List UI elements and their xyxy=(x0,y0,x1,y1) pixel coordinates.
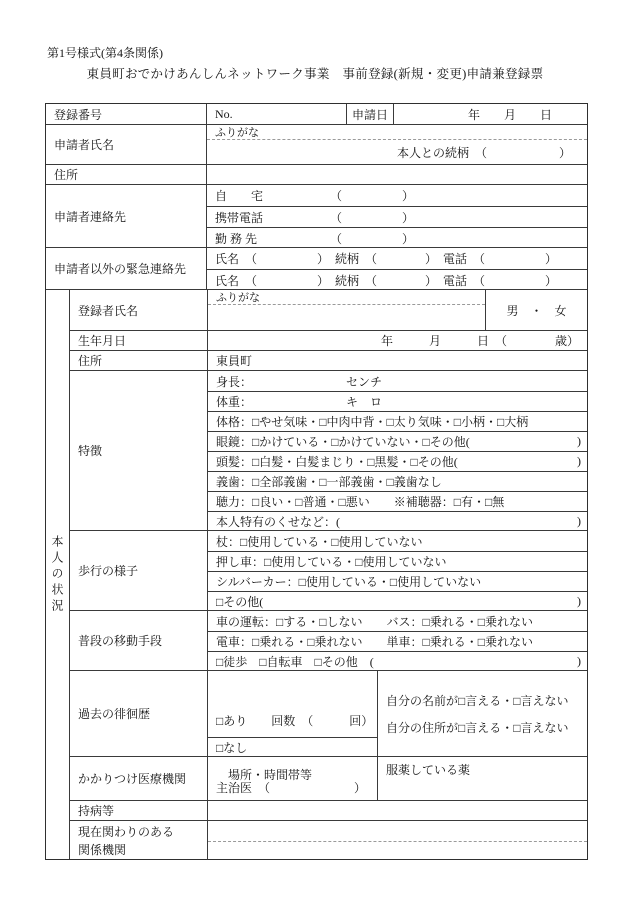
say-address-text: 自分の住所が□言える・□言えない xyxy=(386,719,587,736)
feature-weight-row: 体重： キ ロ xyxy=(208,391,587,411)
glasses-close-paren: ) xyxy=(577,434,581,449)
weight-label: 体重： xyxy=(216,393,346,410)
registrant-name-row: 登録者氏名 ふりがな 男 ・ 女 xyxy=(70,290,587,330)
wandering-cell: □あり 回数 （ 回） 場所・時間帯等 □なし xyxy=(207,671,377,756)
birthdate-field: 年 月 日 （ 歳） xyxy=(207,331,587,350)
features-cell: 身長： センチ 体重： キ ロ 体格：□やせ気味・□中肉中背・□太り気味・□小柄… xyxy=(207,371,587,530)
emergency-contact-cell: 氏名 （ ） 続柄 （ ） 電話 （ ） 氏名 （ ） 続柄 （ ） 電話 （ … xyxy=(206,248,587,289)
person-status-section: 本人の状況 登録者氏名 ふりがな 男 ・ 女 生年月日 年 月 日 （ 歳） xyxy=(46,289,587,859)
feature-hair-row: 頭髪：□白髪・白髪まじり・□黒髪・□その他( ) xyxy=(208,451,587,471)
applicant-address-row: 住所 xyxy=(46,164,587,184)
person-address-label: 住所 xyxy=(70,351,207,370)
emergency-row-2: 氏名 （ ） 続柄 （ ） 電話 （ ） xyxy=(207,269,587,290)
height-label: 身長： xyxy=(216,373,346,390)
medication-cell: 服薬している薬 xyxy=(377,757,587,800)
gender-field: 男 ・ 女 xyxy=(485,290,587,330)
application-date-field: 年 月 日 xyxy=(393,104,587,124)
contact-mobile-paren: （ ） xyxy=(330,209,414,226)
emergency-contact-label: 申請者以外の緊急連絡先 xyxy=(46,248,206,289)
contact-work-paren: （ ） xyxy=(330,230,414,247)
walking-other-text: □その他( xyxy=(216,593,263,610)
habit-text: 本人特有のくせなど：( xyxy=(216,513,340,530)
feature-build-row: 体格：□やせ気味・□中肉中背・□太り気味・□小柄・□大柄 xyxy=(208,411,587,431)
contact-home-row: 自 宅 （ ） xyxy=(207,185,587,206)
medication-label: 服薬している薬 xyxy=(386,761,587,778)
walking-other-row: □その他( ) xyxy=(208,591,587,611)
features-label: 特徴 xyxy=(70,371,207,530)
walking-row: 歩行の様子 杖：□使用している・□使用していない 押し車：□使用している・□使用… xyxy=(70,530,587,610)
applicant-contact-label: 申請者連絡先 xyxy=(46,185,206,247)
walking-silvercar-row: シルバーカー：□使用している・□使用していない xyxy=(208,571,587,591)
hair-close-paren: ) xyxy=(577,454,581,469)
say-name-text: 自分の名前が□言える・□言えない xyxy=(386,692,587,709)
habit-close-paren: ) xyxy=(577,514,581,529)
weight-unit: キ ロ xyxy=(346,393,382,410)
contact-work-label: 勤 務 先 xyxy=(215,230,330,247)
walking-label: 歩行の様子 xyxy=(70,531,207,610)
applicant-name-cell: ふりがな 本人との続柄 （ ） xyxy=(206,125,587,164)
transport-walk-row: □徒歩 □自転車 □その他 ( ) xyxy=(208,651,587,671)
furigana-label: ふりがな xyxy=(207,125,587,139)
wandering-ari-block: □あり 回数 （ 回） 場所・時間帯等 xyxy=(208,671,377,737)
org-label-line2: 関係機関 xyxy=(78,841,207,859)
applicant-name-row: 申請者氏名 ふりがな 本人との続柄 （ ） xyxy=(46,124,587,164)
org-cell xyxy=(207,821,587,860)
transport-walk-text: □徒歩 □自転車 □その他 ( xyxy=(216,653,374,670)
feature-height-row: 身長： センチ xyxy=(208,371,587,391)
transport-label: 普段の移動手段 xyxy=(70,611,207,670)
walking-cell: 杖：□使用している・□使用していない 押し車：□使用している・□使用していない … xyxy=(207,531,587,610)
reg-no-label: 登録番号 xyxy=(46,104,206,124)
doctor-line: 主治医 （ ） xyxy=(216,779,377,796)
transport-train-row: 電車：□乗れる・□乗れない 単車：□乗れる・□乗れない xyxy=(208,631,587,651)
hair-text: 頭髪：□白髪・白髪まじり・□黒髪・□その他( xyxy=(216,453,458,470)
reg-no-field: No. xyxy=(206,104,346,124)
org-row: 現在関わりのある 関係機関 xyxy=(70,820,587,860)
registrant-name-cell: ふりがな xyxy=(207,290,485,330)
contact-home-label: 自 宅 xyxy=(215,187,330,204)
reg-no-row: 登録番号 No. 申請日 年 月 日 xyxy=(46,104,587,124)
applicant-name-label: 申請者氏名 xyxy=(46,125,206,164)
registrant-furigana-label: ふりがな xyxy=(208,290,485,304)
contact-work-row: 勤 務 先 （ ） xyxy=(207,227,587,248)
applicant-contact-row: 申請者連絡先 自 宅 （ ） 携帯電話 （ ） 勤 務 先 （ ） xyxy=(46,184,587,247)
doctor-row: かかりつけ医療機関 主治医 （ ） 服薬している薬 xyxy=(70,756,587,800)
emergency-row-1: 氏名 （ ） 続柄 （ ） 電話 （ ） xyxy=(207,248,587,269)
walking-cane-row: 杖：□使用している・□使用していない xyxy=(208,531,587,551)
birthdate-label: 生年月日 xyxy=(70,331,207,350)
walking-other-close-paren: ) xyxy=(577,594,581,609)
feature-glasses-row: 眼鏡：□かけている・□かけていない・□その他( ) xyxy=(208,431,587,451)
wandering-nashi-text: □なし xyxy=(208,737,377,757)
self-identify-cell: 自分の名前が□言える・□言えない 自分の住所が□言える・□言えない xyxy=(377,671,587,756)
transport-cell: 車の運転：□する・□しない バス：□乗れる・□乗れない 電車：□乗れる・□乗れな… xyxy=(207,611,587,670)
birthdate-row: 生年月日 年 月 日 （ 歳） xyxy=(70,330,587,350)
person-status-label: 本人の状況 xyxy=(46,290,69,859)
feature-teeth-row: 義歯：□全部義歯・□一部義歯・□義歯なし xyxy=(208,471,587,491)
form-id: 第1号様式(第4条関係) xyxy=(47,44,163,61)
features-row: 特徴 身長： センチ 体重： キ ロ 体格：□やせ気味・□中肉中背・□太り気味・… xyxy=(70,370,587,530)
person-address-field: 東員町 xyxy=(207,351,587,370)
form-title: 東員町おでかけあんしんネットワーク事業 事前登録(新規・変更)申請兼登録票 xyxy=(0,64,630,82)
registrant-name-label: 登録者氏名 xyxy=(70,290,207,330)
org-label-line1: 現在関わりのある xyxy=(78,823,207,841)
org-label: 現在関わりのある 関係機関 xyxy=(70,821,207,860)
feature-hearing-row: 聴力：□良い・□普通・□悪い ※補聴器：□有・□無 xyxy=(208,491,587,511)
transport-walk-close-paren: ) xyxy=(577,654,581,669)
glasses-text: 眼鏡：□かけている・□かけていない・□その他( xyxy=(216,433,470,450)
person-address-row: 住所 東員町 xyxy=(70,350,587,370)
disease-row: 持病等 xyxy=(70,800,587,820)
height-unit: センチ xyxy=(346,373,382,390)
doctor-label: かかりつけ医療機関 xyxy=(70,757,207,800)
contact-mobile-label: 携帯電話 xyxy=(215,209,330,226)
transport-row: 普段の移動手段 車の運転：□する・□しない バス：□乗れる・□乗れない 電車：□… xyxy=(70,610,587,670)
transport-car-row: 車の運転：□する・□しない バス：□乗れる・□乗れない xyxy=(208,611,587,631)
applicant-address-label: 住所 xyxy=(46,165,206,184)
disease-label: 持病等 xyxy=(70,801,207,820)
org-field-2 xyxy=(208,841,587,861)
relation-field: 本人との続柄 （ ） xyxy=(207,139,587,165)
contact-home-paren: （ ） xyxy=(330,187,414,204)
registration-table: 登録番号 No. 申請日 年 月 日 申請者氏名 ふりがな 本人との続柄 （ ）… xyxy=(45,103,588,860)
wandering-label: 過去の徘徊歴 xyxy=(70,671,207,756)
disease-field xyxy=(207,801,587,820)
registrant-name-field xyxy=(208,304,485,330)
application-date-label: 申請日 xyxy=(346,104,393,124)
applicant-contact-cell: 自 宅 （ ） 携帯電話 （ ） 勤 務 先 （ ） xyxy=(206,185,587,247)
org-field-1 xyxy=(208,821,587,841)
applicant-address-field xyxy=(206,165,587,184)
walking-cart-row: 押し車：□使用している・□使用していない xyxy=(208,551,587,571)
wandering-ari-text: □あり 回数 （ 回） xyxy=(216,712,377,730)
emergency-contact-row: 申請者以外の緊急連絡先 氏名 （ ） 続柄 （ ） 電話 （ ） 氏名 （ ） … xyxy=(46,247,587,289)
doctor-field: 主治医 （ ） xyxy=(207,757,377,800)
person-status-body: 登録者氏名 ふりがな 男 ・ 女 生年月日 年 月 日 （ 歳） 住所 東員町 xyxy=(69,290,587,859)
wandering-row: 過去の徘徊歴 □あり 回数 （ 回） 場所・時間帯等 □なし 自分の名前が□言え… xyxy=(70,670,587,756)
feature-habit-row: 本人特有のくせなど：( ) xyxy=(208,511,587,531)
form-page: 第1号様式(第4条関係) 東員町おでかけあんしんネットワーク事業 事前登録(新規… xyxy=(0,0,630,903)
contact-mobile-row: 携帯電話 （ ） xyxy=(207,206,587,227)
